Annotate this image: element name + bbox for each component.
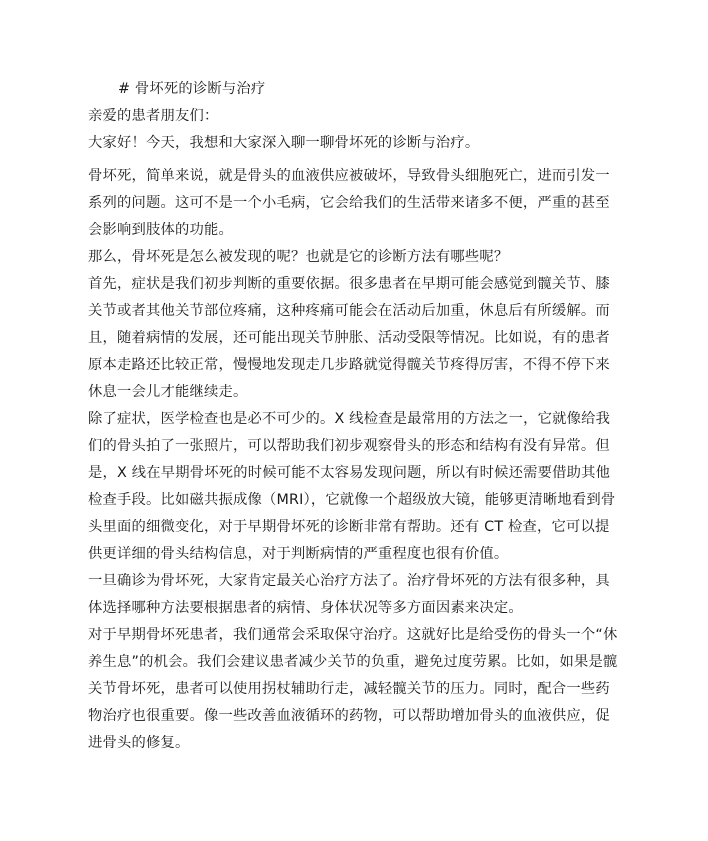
paragraph-treatment-intro: 一旦确诊为骨坏死，大家肯定最关心治疗方法了。治疗骨坏死的方法有很多种，具体选择哪… [88,568,622,622]
paragraph-intro: 大家好！今天，我想和大家深入聊一聊骨坏死的诊断与治疗。 [88,130,622,157]
greeting: 亲爱的患者朋友们： [88,103,622,130]
document-heading: # 骨坏死的诊断与治疗 [88,76,622,103]
paragraph-definition: 骨坏死，简单来说，就是骨头的血液供应被破坏，导致骨头细胞死亡，进而引发一系列的问… [88,163,622,244]
paragraph-medical-exams: 除了症状，医学检查也是必不可少的。X 线检查是最常用的方法之一，它就像给我们的骨… [88,406,622,568]
document-body: # 骨坏死的诊断与治疗 亲爱的患者朋友们： 大家好！今天，我想和大家深入聊一聊骨… [88,76,622,757]
paragraph-diagnosis-question: 那么，骨坏死是怎么被发现的呢？也就是它的诊断方法有哪些呢？ [88,244,622,271]
paragraph-conservative-treatment: 对于早期骨坏死患者，我们通常会采取保守治疗。这就好比是给受伤的骨头一个“休养生息… [88,622,622,757]
paragraph-symptoms: 首先，症状是我们初步判断的重要依据。很多患者在早期可能会感觉到髋关节、膝关节或者… [88,271,622,406]
